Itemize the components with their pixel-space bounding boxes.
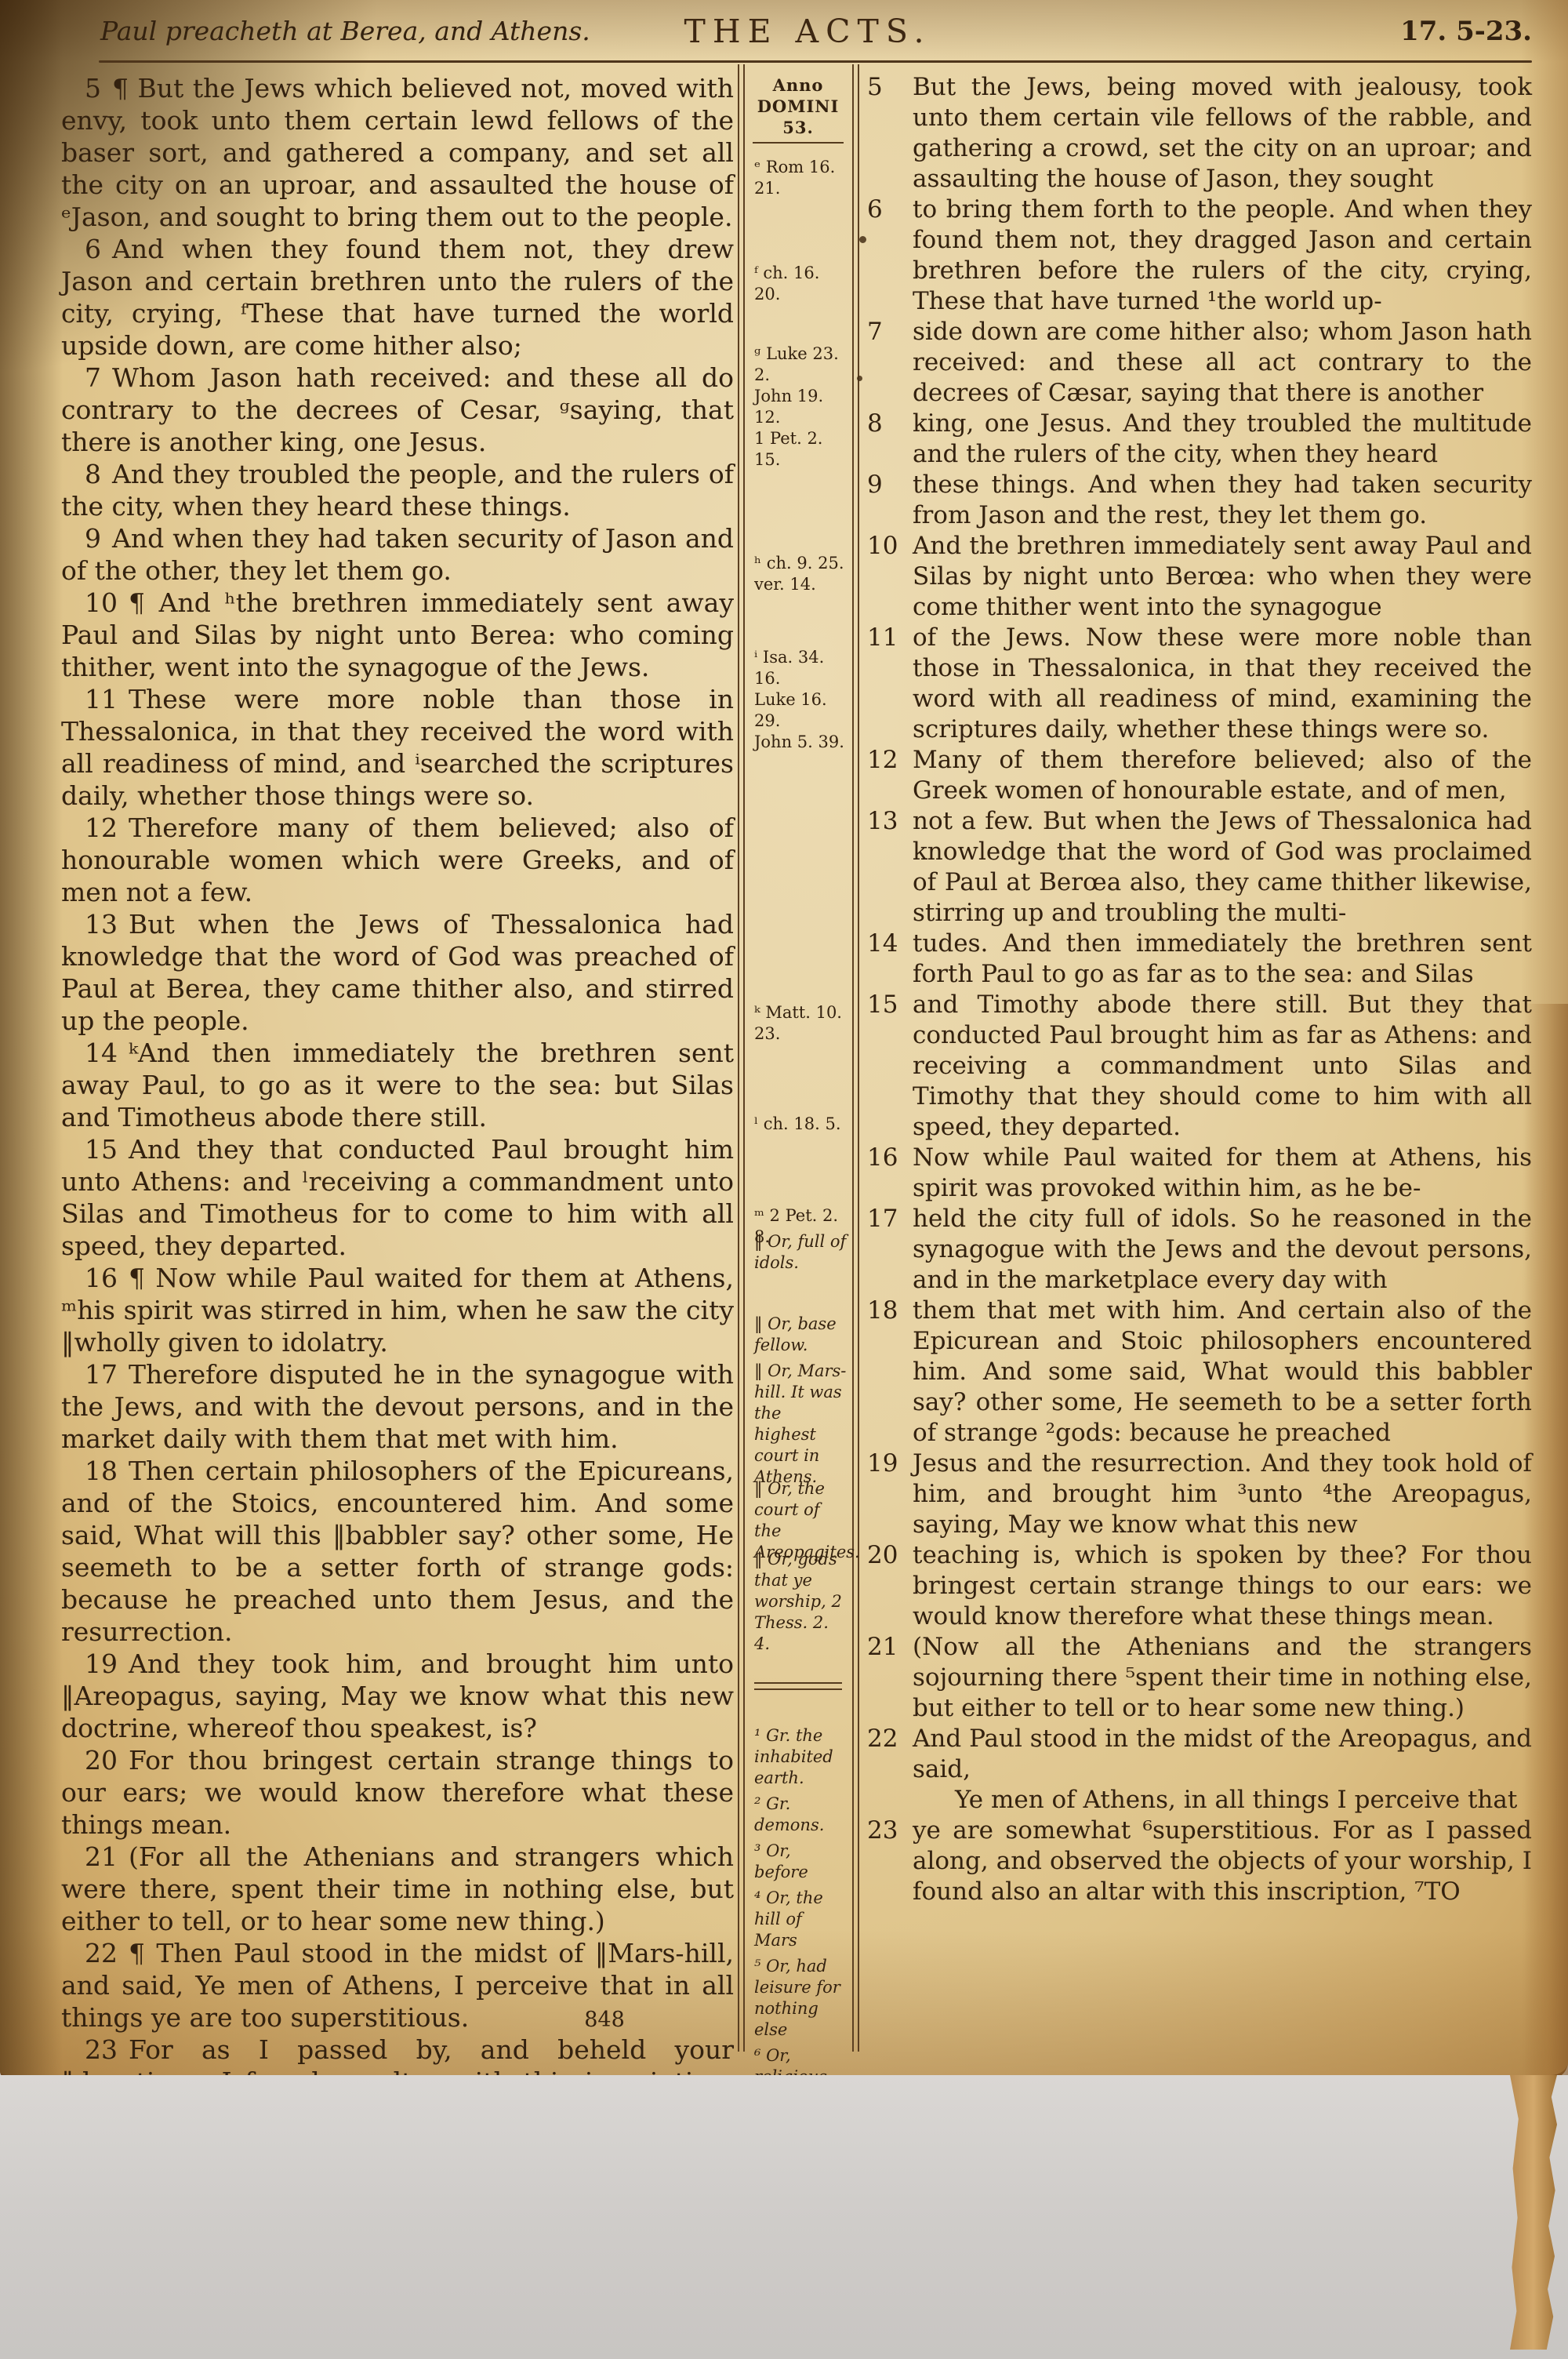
verse-text: king, one Jesus. And they troubled the m… (913, 409, 1532, 468)
column-rule (852, 64, 854, 2052)
kjv-verse-19: 19And they took him, and brought him unt… (61, 1648, 734, 1744)
kjv-verse-21: 21(For all the Athenians and strangers w… (61, 1841, 734, 1937)
verse-number: 16 (867, 1143, 898, 1173)
column-rule (743, 64, 745, 2052)
verse-text: Now while Paul waited for them at Athens… (913, 1143, 1532, 1202)
kjv-verse-14: 14ᵏAnd then immediately the brethren sen… (61, 1037, 734, 1133)
verse-text: (For all the Athenians and strangers whi… (61, 1841, 734, 1936)
verse-text: ᵏAnd then immediately the brethren sent … (61, 1038, 734, 1132)
cross-ref-f: ᶠ ch. 16. 20. (754, 263, 847, 305)
verse-text: these things. And when they had taken se… (913, 471, 1532, 529)
rv-verse-6: 6to bring them forth to the people. And … (866, 194, 1532, 317)
kjv-verse-10: 10¶ And ʰthe brethren immediately sent a… (61, 587, 734, 683)
verse-text: Many of them therefore believed; also of… (913, 746, 1532, 805)
verse-number: 16 (85, 1263, 129, 1293)
rv-verse-12: 12Many of them therefore believed; also … (866, 745, 1532, 806)
ink-spot (859, 236, 866, 243)
header-rule (99, 60, 1532, 63)
rv-verse-23: 23ye are somewhat ⁶superstitious. For as… (866, 1816, 1532, 1907)
verse-number: 7 (867, 317, 883, 347)
footnote-2: ² Gr. demons. (754, 1794, 850, 1836)
kjv-verse-13: 13But when the Jews of Thessalonica had … (61, 908, 734, 1037)
cross-ref-h: ʰ ch. 9. 25. ver. 14. (754, 553, 847, 595)
rv-verse-5: 5But the Jews, being moved with jealousy… (866, 72, 1532, 194)
margin-note-full-of-idols: ‖ Or, full of idols. (754, 1231, 847, 1274)
verse-number: 9 (85, 523, 112, 554)
verse-number: 9 (867, 470, 883, 500)
anno-domini: Anno DOMINI 53. (746, 75, 850, 138)
verse-text: For thou bringest certain strange things… (61, 1745, 734, 1840)
verse-text: And they that conducted Paul brought him… (61, 1134, 734, 1261)
verse-number: 10 (85, 587, 129, 618)
verse-number: 11 (85, 684, 129, 714)
verse-number: 8 (85, 459, 112, 489)
verse-number: 22 (867, 1724, 898, 1754)
margin-note-gods-ye-worship: ‖ Or, gods that ye worship, 2 Thess. 2. … (754, 1549, 847, 1655)
verse-number: 19 (867, 1448, 898, 1479)
verse-number: 10 (867, 531, 898, 562)
rv-verse-9: 9these things. And when they had taken s… (866, 470, 1532, 531)
verse-number: 23 (85, 2034, 129, 2065)
verse-text: to bring them forth to the people. And w… (913, 195, 1532, 315)
cross-ref-k: ᵏ Matt. 10. 23. (754, 1002, 847, 1045)
verse-text: and Timothy abode there still. But they … (913, 990, 1532, 1141)
verse-number: 12 (85, 812, 129, 843)
surface-below-page (0, 2075, 1568, 2359)
verse-number: 21 (85, 1841, 129, 1872)
verse-number: 22 (85, 1938, 129, 1968)
verse-text: Therefore disputed he in the synagogue w… (61, 1359, 734, 1454)
verse-text: And they troubled the people, and the ru… (61, 459, 734, 522)
kjv-verse-8: 8And they troubled the people, and the r… (61, 458, 734, 522)
rv-column: 5But the Jews, being moved with jealousy… (866, 72, 1532, 1907)
column-rule (858, 64, 859, 2052)
rv-verse-20: 20teaching is, which is spoken by thee? … (866, 1540, 1532, 1632)
verse-text: ¶ But the Jews which believed not, moved… (61, 73, 734, 232)
rv-verse-16: 16Now while Paul waited for them at Athe… (866, 1143, 1532, 1204)
margin-note-base-fellow: ‖ Or, base fellow. (754, 1314, 847, 1356)
verse-number: 20 (85, 1745, 129, 1776)
verse-number: 14 (85, 1038, 129, 1068)
verse-number: 20 (867, 1540, 898, 1571)
kjv-verse-17: 17Therefore disputed he in the synagogue… (61, 1358, 734, 1455)
footnote-5: ⁵ Or, had leisure for nothing else (754, 1956, 850, 2041)
cross-ref-l: ˡ ch. 18. 5. (754, 1114, 847, 1135)
kjv-verse-11: 11These were more noble than those in Th… (61, 683, 734, 812)
verse-number: 23 (867, 1816, 898, 1846)
book-title: THE ACTS. (635, 13, 980, 50)
verse-text: But the Jews, being moved with jealousy,… (913, 73, 1532, 193)
verse-text: ¶ Now while Paul waited for them at Athe… (61, 1263, 734, 1358)
rv-verse-22: 22And Paul stood in the midst of the Are… (866, 1724, 1532, 1785)
verse-text: And when they had taken security of Jaso… (61, 523, 734, 586)
running-head: Paul preacheth at Berea, and Athens. (100, 16, 590, 46)
verse-text: Therefore many of them believed; also of… (61, 812, 734, 907)
kjv-verse-9: 9And when they had taken security of Jas… (61, 522, 734, 587)
verse-text: These were more noble than those in Thes… (61, 684, 734, 811)
verse-number: 13 (85, 909, 129, 940)
verse-text: held the city full of idols. So he reaso… (913, 1205, 1532, 1294)
verse-text: ¶ And ʰthe brethren immediately sent awa… (61, 587, 734, 682)
rv-verse-22-speech: Ye men of Athens, in all things I percei… (866, 1785, 1532, 1816)
cross-ref-e: ᵉ Rom 16. 21. (754, 157, 847, 199)
ink-spot (857, 376, 862, 381)
verse-number: 21 (867, 1632, 898, 1663)
kjv-verse-16: 16¶ Now while Paul waited for them at At… (61, 1262, 734, 1358)
rv-verse-19: 19Jesus and the resurrection. And they t… (866, 1448, 1532, 1540)
verse-text: But when the Jews of Thessalonica had kn… (61, 909, 734, 1036)
verse-text: (Now all the Athenians and the strangers… (913, 1633, 1532, 1722)
verse-number: 18 (85, 1456, 129, 1486)
kjv-verse-6: 6And when they found them not, they drew… (61, 233, 734, 362)
verse-text: Ye men of Athens, in all things I percei… (955, 1786, 1517, 1814)
column-rule (738, 64, 739, 2052)
verse-number: 17 (867, 1204, 898, 1234)
rv-verse-8: 8king, one Jesus. And they troubled the … (866, 409, 1532, 470)
verse-text: ye are somewhat ⁶superstitious. For as I… (913, 1816, 1532, 1906)
verse-number: 8 (867, 409, 883, 439)
verse-number: 15 (85, 1134, 129, 1165)
rv-verse-10: 10And the brethren immediately sent away… (866, 531, 1532, 623)
verse-number: 17 (85, 1359, 129, 1390)
cross-ref-g: ᵍ Luke 23. 2. John 19. 12. 1 Pet. 2. 15. (754, 343, 847, 471)
verse-text: And they took him, and brought him unto … (61, 1648, 734, 1743)
chapter-verse-range: 17. 5-23. (1400, 16, 1532, 47)
kjv-verse-7: 7Whom Jason hath received: and these all… (61, 362, 734, 458)
verse-text: Jesus and the resurrection. And they too… (913, 1449, 1532, 1539)
verse-text: Whom Jason hath received: and these all … (61, 362, 734, 457)
verse-number: 12 (867, 745, 898, 776)
verse-text: And when they found them not, they drew … (61, 234, 734, 361)
verse-text: tudes. And then immediately the brethren… (913, 929, 1532, 988)
verse-number: 13 (867, 806, 898, 837)
kjv-column: 5¶ But the Jews which believed not, move… (61, 72, 734, 2130)
verse-number: 6 (867, 194, 883, 225)
rv-verse-7: 7side down are come hither also; whom Ja… (866, 317, 1532, 409)
footnote-1: ¹ Gr. the inhabited earth. (754, 1725, 850, 1789)
rv-verse-14: 14tudes. And then immediately the brethr… (866, 929, 1532, 990)
verse-text: of the Jews. Now these were more noble t… (913, 623, 1532, 743)
verse-text: Then certain philosophers of the Epicure… (61, 1456, 734, 1647)
kjv-verse-15: 15And they that conducted Paul brought h… (61, 1133, 734, 1262)
rv-verse-17: 17held the city full of idols. So he rea… (866, 1204, 1532, 1296)
anno-rule (753, 142, 844, 144)
rv-verse-11: 11of the Jews. Now these were more noble… (866, 623, 1532, 745)
verse-number: 14 (867, 929, 898, 959)
rv-verse-13: 13not a few. But when the Jews of Thessa… (866, 806, 1532, 929)
rv-verse-18: 18them that met with him. And certain al… (866, 1296, 1532, 1448)
rv-verse-15: 15and Timothy abode there still. But the… (866, 990, 1532, 1143)
verse-number: 11 (867, 623, 898, 653)
page-number: 848 (561, 2008, 648, 2032)
verse-number: 5 (867, 72, 883, 103)
verse-text: them that met with him. And certain also… (913, 1296, 1532, 1447)
verse-text: teaching is, which is spoken by thee? Fo… (913, 1541, 1532, 1630)
footnote-4: ⁴ Or, the hill of Mars (754, 1888, 850, 1951)
kjv-verse-20: 20For thou bringest certain strange thin… (61, 1744, 734, 1841)
cross-ref-i: ⁱ Isa. 34. 16. Luke 16. 29. John 5. 39. (754, 647, 847, 753)
note-divider (754, 1682, 842, 1690)
verse-text: And the brethren immediately sent away P… (913, 532, 1532, 621)
kjv-verse-18: 18Then certain philosophers of the Epicu… (61, 1455, 734, 1648)
verse-number: 19 (85, 1648, 129, 1679)
verse-number: 6 (85, 234, 112, 264)
verse-number: 18 (867, 1296, 898, 1326)
verse-number: 15 (867, 990, 898, 1020)
book-page: Paul preacheth at Berea, and Athens. THE… (0, 0, 1568, 2079)
rv-verse-21: 21(Now all the Athenians and the strange… (866, 1632, 1532, 1724)
verse-number: 7 (85, 362, 112, 393)
verse-text: And Paul stood in the midst of the Areop… (913, 1725, 1532, 1783)
verse-text: side down are come hither also; whom Jas… (913, 318, 1532, 407)
verse-text: not a few. But when the Jews of Thessalo… (913, 807, 1532, 927)
kjv-verse-5: 5¶ But the Jews which believed not, move… (61, 72, 734, 233)
kjv-verse-12: 12Therefore many of them believed; also … (61, 812, 734, 908)
margin-note-mars-hill: ‖ Or, Mars-hill. It was the highest cour… (754, 1361, 847, 1488)
footnote-3: ³ Or, before (754, 1841, 850, 1883)
verse-number: 5 (85, 73, 112, 104)
